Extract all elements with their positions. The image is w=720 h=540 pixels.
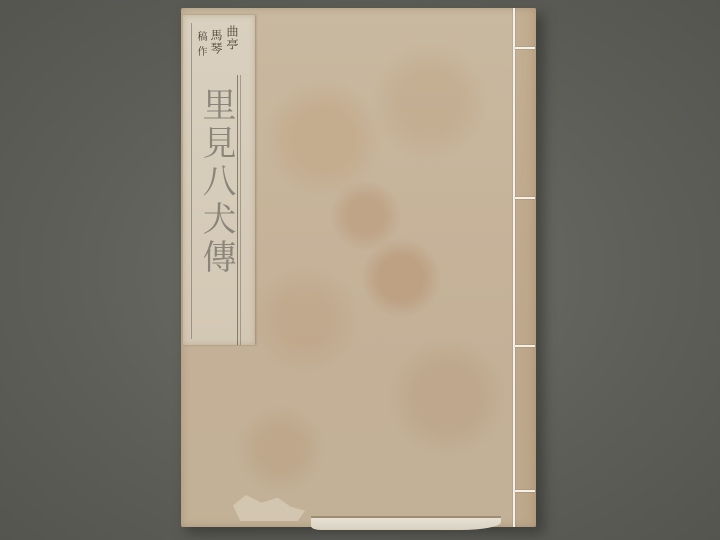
binding-stitch-3 <box>515 345 535 347</box>
author-name-text: 馬琴 <box>209 29 223 55</box>
binding-stitch-4 <box>515 490 535 492</box>
binding-spine <box>514 8 536 527</box>
worn-corner-damage <box>233 495 305 521</box>
title-slip-rule-inner <box>240 75 241 345</box>
book-title: 里見八犬傳 <box>195 87 237 277</box>
book-cover: 曲亭 馬琴 稿 作 里見八犬傳 <box>181 8 536 527</box>
protruding-page-edge <box>311 516 501 530</box>
title-slip: 曲亭 馬琴 稿 作 里見八犬傳 <box>183 15 255 345</box>
author-text: 曲亭 <box>225 25 239 51</box>
binding-stitch-2 <box>515 197 535 199</box>
binding-thread-vertical <box>513 8 515 527</box>
title-slip-rule <box>237 75 238 345</box>
binding-stitch-1 <box>515 47 535 49</box>
credit-text: 稿 作 <box>193 31 207 57</box>
